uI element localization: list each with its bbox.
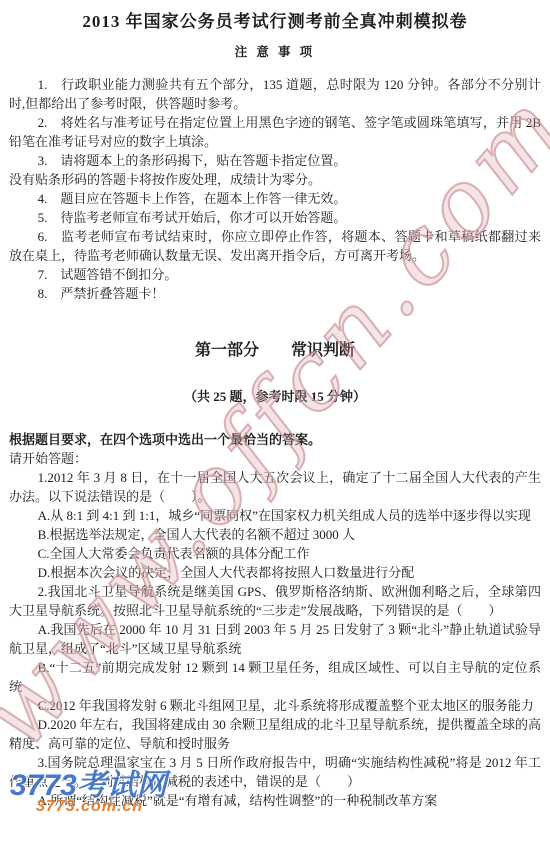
section-time-limit: （共 25 题，参考时限 15 分钟） xyxy=(9,387,541,406)
question-2-option-a: A.我国先后在 2000 年 10 月 31 日到 2003 年 5 月 25 … xyxy=(9,620,541,658)
notice-heading: 注 意 事 项 xyxy=(9,42,541,60)
page-title: 2013 年国家公务员考试行测考前全真冲刺模拟卷 xyxy=(9,10,541,33)
question-1-option-c: C.全国人大常委会负责代表名额的具体分配工作 xyxy=(9,544,541,563)
section-instruction: 根据题目要求，在四个选项中选出一个最恰当的答案。 xyxy=(9,430,541,449)
start-prompt: 请开始答题： xyxy=(9,449,541,468)
question-2-option-b: B.“十二五”前期完成发射 12 颗到 14 颗卫星任务，组成区域性、可以自主导… xyxy=(9,658,541,696)
question-1-stem: 1.2012 年 3 月 8 日，在十一届全国人大五次会议上，确定了十二届全国人… xyxy=(9,468,541,506)
notice-item-7: 7. 试题答错不倒扣分。 xyxy=(9,265,541,284)
question-1: 1.2012 年 3 月 8 日，在十一届全国人大五次会议上，确定了十二届全国人… xyxy=(9,468,541,582)
question-3: 3.国务院总理温家宝在 3 月 5 日所作政府报告中，明确“实施结构性减税”将是… xyxy=(9,753,541,810)
question-1-option-d: D.根据本次会议的决定，全国人大代表都将按照人口数量进行分配 xyxy=(9,563,541,582)
notice-list: 1. 行政职业能力测验共有五个部分，135 道题，总时限为 120 分钟。各部分… xyxy=(9,75,541,303)
section-heading: 第一部分 常识判断 xyxy=(9,340,541,361)
notice-item-6: 6. 监考老师宣布考试结束时，你应立即停止作答，将题本、答题卡和草稿纸都翻过来放… xyxy=(9,227,541,265)
question-2-option-c: C.2012 年我国将发射 6 颗北斗组网卫星，北斗系统将形成覆盖整个亚太地区的… xyxy=(9,696,541,715)
question-3-option-a: A.所谓“结构性减税”就是“有增有减，结构性调整”的一种税制改革方案 xyxy=(9,791,541,810)
notice-item-8: 8. 严禁折叠答题卡！ xyxy=(9,284,541,303)
question-1-option-b: B.根据选举法规定，全国人大代表的名额不超过 3000 人 xyxy=(9,525,541,544)
notice-item-5: 5. 待监考老师宣布考试开始后，你才可以开始答题。 xyxy=(9,208,541,227)
question-2-option-d: D.2020 年左右，我国将建成由 30 余颗卫星组成的北斗卫星导航系统，提供覆… xyxy=(9,715,541,753)
question-2-stem: 2.我国北斗卫星导航系统是继美国 GPS、俄罗斯格洛纳斯、欧洲伽利略之后，全球第… xyxy=(9,582,541,620)
page-content: 2013 年国家公务员考试行测考前全真冲刺模拟卷 注 意 事 项 1. 行政职业… xyxy=(0,10,550,810)
notice-item-4: 4. 题目应在答题卡上作答，在题本上作答一律无效。 xyxy=(9,189,541,208)
exam-paper-page: www.offcn.com 2013 年国家公务员考试行测考前全真冲刺模拟卷 注… xyxy=(0,0,550,841)
question-1-option-a: A.从 8:1 到 4:1 到 1:1，城乡“同票同权”在国家权力机关组成人员的… xyxy=(9,506,541,525)
notice-item-3: 3. 请将题本上的条形码揭下，贴在答题卡指定位置。 xyxy=(9,151,541,170)
notice-item-1: 1. 行政职业能力测验共有五个部分，135 道题，总时限为 120 分钟。各部分… xyxy=(9,75,541,113)
question-3-stem: 3.国务院总理温家宝在 3 月 5 日所作政府报告中，明确“实施结构性减税”将是… xyxy=(9,753,541,791)
notice-item-3-note: 没有贴条形码的答题卡将按作废处理，成绩计为零分。 xyxy=(9,170,541,189)
question-2: 2.我国北斗卫星导航系统是继美国 GPS、俄罗斯格洛纳斯、欧洲伽利略之后，全球第… xyxy=(9,582,541,753)
notice-item-2: 2. 将姓名与准考证号在指定位置上用黑色字迹的钢笔、签字笔或圆珠笔填写，并用 2… xyxy=(9,113,541,151)
